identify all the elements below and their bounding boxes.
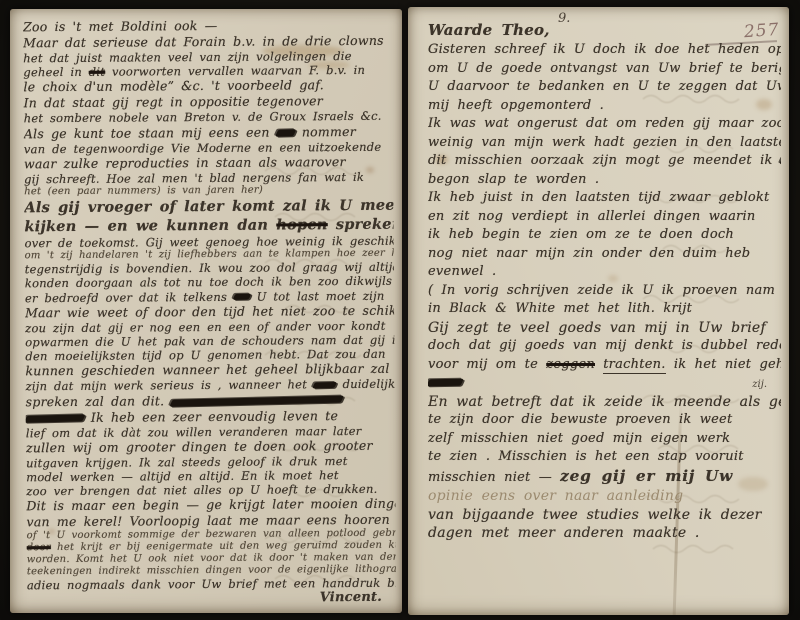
- manuscript-line: Ik heb juist in den laatsten tijd zwaar …: [428, 189, 781, 208]
- struck-word: zeggen: [546, 357, 595, 372]
- manuscript-line: om U de goede ontvangst van Uw brief te …: [428, 60, 781, 79]
- manuscript-line: te zijn door die bewuste proeven ik weet: [428, 411, 781, 430]
- manuscript-line: Gisteren schreef ik U doch ik doe het he…: [428, 41, 781, 60]
- manuscript-line: zelf misschien niet goed mijn eigen werk: [428, 430, 781, 449]
- manuscript-line: gij schreeft. Hoe zal men 't blad nergen…: [24, 170, 393, 187]
- manuscript-line: te zien . Misschien is het een stap voor…: [428, 448, 781, 467]
- left-page-text: Zoo is 't met Boldini ook —Maar dat seri…: [10, 9, 402, 607]
- right-page-text: Waarde Theo, Gisteren schreef ik U doch …: [408, 7, 789, 543]
- manuscript-line: Ik was wat ongerust dat om reden gij maa…: [428, 115, 781, 134]
- manuscript-line: en zit nog verdiept in allerlei dingen w…: [428, 208, 781, 227]
- letter-page-left: Zoo is 't met Boldini ook —Maar dat seri…: [10, 9, 402, 613]
- manuscript-line: nog niet naar mijn zin onder den duim he…: [428, 245, 781, 264]
- ink-blot: [169, 395, 343, 406]
- manuscript-line: mij heeft opgemonterd .: [428, 97, 781, 116]
- manuscript-line: Gij zegt te veel goeds van mij in Uw bri…: [428, 319, 781, 338]
- manuscript-line: weinig van mijn werk hadt gezien in den …: [428, 134, 781, 153]
- emphasized-phrase: zeg gij er mij Uw: [560, 467, 733, 485]
- struck-word: hopen: [276, 216, 327, 233]
- manuscript-line: in Black & White met het lith. krijt: [428, 300, 781, 319]
- manuscript-line: dit misschien oorzaak zijn mogt ge meend…: [428, 152, 781, 171]
- manuscript-line: U daarvoor te bedanken en U te zeggen da…: [428, 78, 781, 97]
- manuscript-line: voor mij om te zeggen trachten. ik het n…: [428, 356, 781, 375]
- manuscript-line: begon slap te worden .: [428, 171, 781, 190]
- ink-blot: [779, 157, 781, 164]
- manuscript-line: opinie eens over naar aanleiding: [428, 487, 781, 506]
- manuscript-line: kijken — en we kunnen dan hopen spreken: [24, 215, 393, 237]
- manuscript-line: van bijgaande twee studies welke ik deze…: [428, 506, 781, 525]
- ink-blot: [26, 414, 86, 422]
- manuscript-line: En wat betreft dat ik zeide ik meende al…: [428, 393, 781, 412]
- marginal-note: zij.: [752, 379, 767, 390]
- struck-word: door: [27, 543, 51, 554]
- signature: Vincent.: [27, 590, 396, 607]
- ink-blot: [428, 379, 464, 387]
- letter-page-right: 9. 257 Waarde Theo, Gisteren schreef ik …: [408, 7, 789, 615]
- manuscript-line: dagen met meer anderen maakte .: [428, 524, 781, 543]
- salutation: Waarde Theo,: [428, 19, 781, 41]
- ink-blot: [232, 294, 251, 301]
- manuscript-line: ( In vorig schrijven zeide ik U ik proev…: [428, 282, 781, 301]
- ink-blot: [312, 382, 337, 389]
- manuscript-line: misschien niet — zeg gij er mij Uw: [428, 467, 781, 488]
- manuscript-line: [428, 374, 781, 393]
- struck-word: dit: [89, 65, 105, 79]
- ink-blot: [275, 129, 296, 136]
- manuscript-line: Als gij vroeger of later komt zal ik U m…: [24, 196, 393, 218]
- underlined-word: Vincent.: [320, 590, 382, 607]
- manuscript-line: evenwel .: [428, 263, 781, 282]
- manuscript-line: doch dat gij goeds van mij denkt is dubb…: [428, 337, 781, 356]
- letter-scan: Zoo is 't met Boldini ook —Maar dat seri…: [0, 0, 800, 620]
- manuscript-line: uitgaven krijgen. Ik zal steeds geloof i…: [26, 454, 395, 471]
- manuscript-line: ik heb begin te zien om ze te doen doch: [428, 226, 781, 245]
- underlined-word: trachten.: [603, 357, 665, 374]
- manuscript-line: spreken zal dan dit.: [26, 391, 395, 410]
